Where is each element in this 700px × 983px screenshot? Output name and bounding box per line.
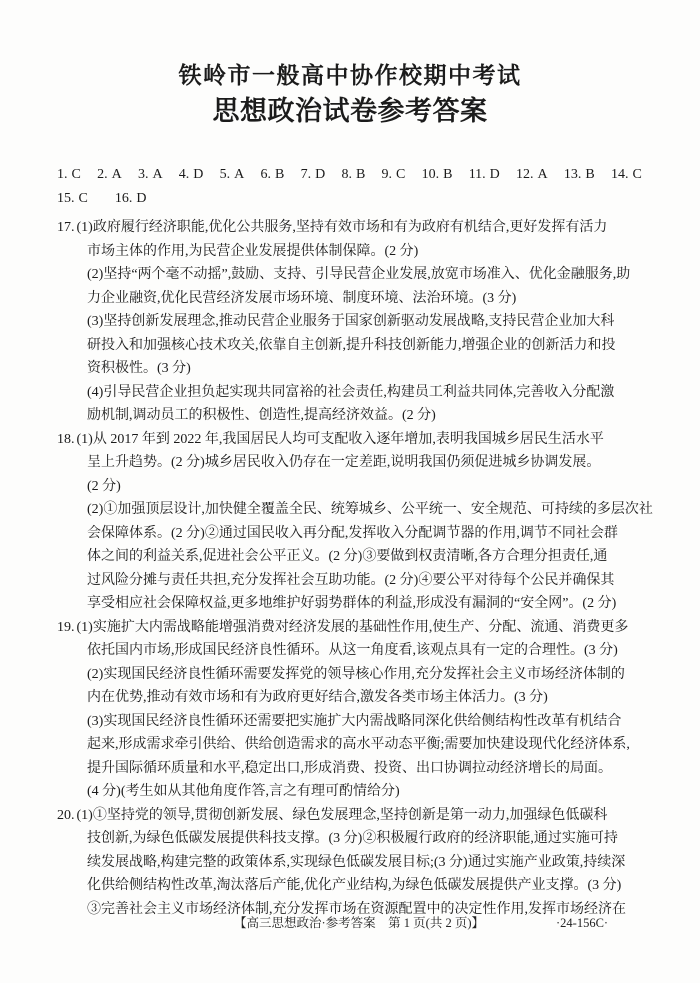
mc-answer-letter: A [538, 167, 548, 182]
mc-answer-letter: A [152, 167, 162, 182]
answer-line: 力企业融资,优化民营经济发展市场环境、制度环境、法治环境。(3 分) [87, 287, 700, 311]
answer-line: 呈上升趋势。(2 分)城乡居民收入仍存在一定差距,说明我国仍须促进城乡协调发展。 [87, 451, 700, 475]
answer-line: 化供给侧结构性改革,淘汰落后产能,优化产业结构,为绿色低碳发展提供产业支撑。(3… [87, 874, 700, 898]
mc-question-number: 7. [301, 167, 312, 182]
mc-answer-item: 7.D [301, 163, 326, 187]
free-response-answers: 17.(1)政府履行经济职能,优化公共服务,坚持有效市场和有为政府有机结合,更好… [57, 216, 700, 921]
mc-question-number: 6. [261, 167, 272, 182]
answer-line: 内在优势,推动有效市场和有为政府更好结合,激发各类市场主体活力。(3 分) [87, 686, 700, 710]
mc-question-number: 11. [469, 167, 486, 182]
question-number: 18. [57, 432, 75, 447]
mc-answer-item: 6.B [261, 163, 285, 187]
mc-answer-letter: D [136, 191, 146, 206]
mc-answer-letter: B [585, 167, 594, 182]
question-block-20: 20.(1)①坚持党的领导,贯彻创新发展、绿色发展理念,坚持创新是第一动力,加强… [57, 804, 700, 922]
mc-question-number: 12. [516, 167, 534, 182]
mc-answer-letter: B [275, 167, 284, 182]
answer-line: 享受相应社会保障权益,更多地维护好弱势群体的利益,形成没有漏洞的“安全网”。(2… [87, 592, 700, 616]
footer-page-info: 【高三思想政治·参考答案 第 1 页(共 2 页)】 [234, 915, 484, 932]
mc-question-number: 16. [115, 191, 133, 206]
answer-line: 19.(1)实施扩大内需战略能增强消费对经济发展的基础性作用,使生产、分配、流通… [57, 616, 700, 640]
answer-line: (3)实现国民经济良性循环还需要把实施扩大内需战略同深化供给侧结构性改革有机结合 [87, 710, 700, 734]
answer-line: 续发展战略,构建完整的政策体系,实现绿色低碳发展目标;(3 分)通过实施产业政策… [87, 851, 700, 875]
document-title: 铁岭市一般高中协作校期中考试 [0, 60, 700, 90]
answer-line: 体之间的利益关系,促进社会公平正义。(2 分)③要做到权责清晰,各方合理分担责任… [87, 545, 700, 569]
mc-question-number: 13. [564, 167, 582, 182]
question-block-18: 18.(1)从 2017 年到 2022 年,我国居民人均可支配收入逐年增加,表… [57, 428, 700, 616]
mc-answer-item: 9.C [382, 163, 406, 187]
answer-text: (1)从 2017 年到 2022 年,我国居民人均可支配收入逐年增加,表明我国… [77, 432, 604, 447]
answer-line: (2)坚持“两个毫不动摇”,鼓励、支持、引导民营企业发展,放宽市场准入、优化金融… [87, 263, 700, 287]
answer-line: 提升国际循环质量和水平,稳定出口,形成消费、投资、出口协调拉动经济增长的局面。 [87, 757, 700, 781]
mc-answer-letter: A [112, 167, 122, 182]
answer-line: 20.(1)①坚持党的领导,贯彻创新发展、绿色发展理念,坚持创新是第一动力,加强… [57, 804, 700, 828]
answer-line: (2 分) [87, 475, 700, 499]
question-block-17: 17.(1)政府履行经济职能,优化公共服务,坚持有效市场和有为政府有机结合,更好… [57, 216, 700, 428]
mc-answer-item: 16.D [115, 187, 147, 211]
mc-question-number: 1. [57, 167, 68, 182]
mc-answer-item: 5.A [220, 163, 245, 187]
mc-question-number: 2. [97, 167, 108, 182]
mc-answer-item: 13.B [564, 163, 595, 187]
mc-answer-letter: D [315, 167, 325, 182]
mc-answer-item: 3.A [138, 163, 163, 187]
mc-answer-letter: C [79, 191, 88, 206]
mc-answers-row-1: 1.C2.A3.A4.D5.A6.B7.D8.B9.C10.B11.D12.A1… [57, 163, 642, 187]
answer-line: 市场主体的作用,为民营企业发展提供体制保障。(2 分) [87, 240, 700, 264]
mc-answer-letter: C [396, 167, 405, 182]
answer-line: 依托国内市场,形成国民经济良性循环。从这一角度看,该观点具有一定的合理性。(3 … [87, 639, 700, 663]
question-number: 19. [57, 620, 75, 635]
answer-line: 会保障体系。(2 分)②通过国民收入再分配,发挥收入分配调节器的作用,调节不同社… [87, 522, 700, 546]
mc-answer-item: 1.C [57, 163, 81, 187]
answer-line: 励机制,调动员工的积极性、创造性,提高经济效益。(2 分) [87, 404, 700, 428]
mc-answer-item: 11.D [469, 163, 500, 187]
answer-text: (1)实施扩大内需战略能增强消费对经济发展的基础性作用,使生产、分配、流通、消费… [77, 620, 629, 635]
answer-line: (4 分)(考生如从其他角度作答,言之有理可酌情给分) [87, 780, 700, 804]
mc-question-number: 8. [341, 167, 352, 182]
mc-answer-item: 14.C [611, 163, 642, 187]
answer-line: 起来,形成需求牵引供给、供给创造需求的高水平动态平衡;需要加快建设现代化经济体系… [87, 733, 700, 757]
page: { "document": { "title_line1": "铁岭市一般高中协… [0, 0, 700, 983]
answer-text: (1)①坚持党的领导,贯彻创新发展、绿色发展理念,坚持创新是第一动力,加强绿色低… [77, 808, 608, 823]
mc-answer-letter: D [490, 167, 500, 182]
answer-line: 18.(1)从 2017 年到 2022 年,我国居民人均可支配收入逐年增加,表… [57, 428, 700, 452]
answer-line: (3)坚持创新发展理念,推动民营企业服务于国家创新驱动发展战略,支持民营企业加大… [87, 310, 700, 334]
question-number: 17. [57, 220, 75, 235]
mc-question-number: 9. [382, 167, 393, 182]
mc-answer-letter: A [234, 167, 244, 182]
question-number: 20. [57, 808, 75, 823]
mc-answer-letter: C [72, 167, 81, 182]
mc-answer-letter: D [193, 167, 203, 182]
footer-paper-code: ·24-156C· [556, 915, 608, 932]
mc-question-number: 4. [179, 167, 190, 182]
answer-line: 17.(1)政府履行经济职能,优化公共服务,坚持有效市场和有为政府有机结合,更好… [57, 216, 700, 240]
mc-question-number: 15. [57, 191, 75, 206]
mc-answer-item: 2.A [97, 163, 122, 187]
answer-line: 过风险分摊与责任共担,充分发挥社会互助功能。(2 分)④要公平对待每个公民并确保… [87, 569, 700, 593]
answer-line: 研投入和加强核心技术攻关,依靠自主创新,提升科技创新能力,增强企业的创新活力和投 [87, 334, 700, 358]
mc-answer-item: 15.C [57, 187, 88, 211]
mc-answers-row-2: 15.C16.D [57, 187, 642, 211]
answer-line: 技创新,为绿色低碳发展提供科技支撑。(3 分)②积极履行政府的经济职能,通过实施… [87, 827, 700, 851]
mc-question-number: 5. [220, 167, 231, 182]
mc-answer-letter: B [356, 167, 365, 182]
answer-text: (1)政府履行经济职能,优化公共服务,坚持有效市场和有为政府有机结合,更好发挥有… [77, 220, 608, 235]
answer-line: (2)实现国民经济良性循环需要发挥党的领导核心作用,充分发挥社会主义市场经济体制… [87, 663, 700, 687]
mc-answer-item: 12.A [516, 163, 548, 187]
mc-answer-letter: C [632, 167, 641, 182]
mc-answer-item: 8.B [341, 163, 365, 187]
question-block-19: 19.(1)实施扩大内需战略能增强消费对经济发展的基础性作用,使生产、分配、流通… [57, 616, 700, 804]
mc-answer-letter: B [443, 167, 452, 182]
mc-question-number: 14. [611, 167, 629, 182]
answer-line: (4)引导民营企业担负起实现共同富裕的社会责任,构建员工利益共同体,完善收入分配… [87, 381, 700, 405]
mc-question-number: 3. [138, 167, 149, 182]
document-subtitle: 思想政治试卷参考答案 [0, 93, 700, 129]
mc-answer-item: 10.B [422, 163, 453, 187]
answer-line: 资积极性。(3 分) [87, 357, 700, 381]
answer-line: (2)①加强顶层设计,加快健全覆盖全民、统筹城乡、公平统一、安全规范、可持续的多… [87, 498, 700, 522]
mc-answer-item: 4.D [179, 163, 204, 187]
multiple-choice-answers: 1.C2.A3.A4.D5.A6.B7.D8.B9.C10.B11.D12.A1… [57, 163, 642, 211]
mc-question-number: 10. [422, 167, 440, 182]
